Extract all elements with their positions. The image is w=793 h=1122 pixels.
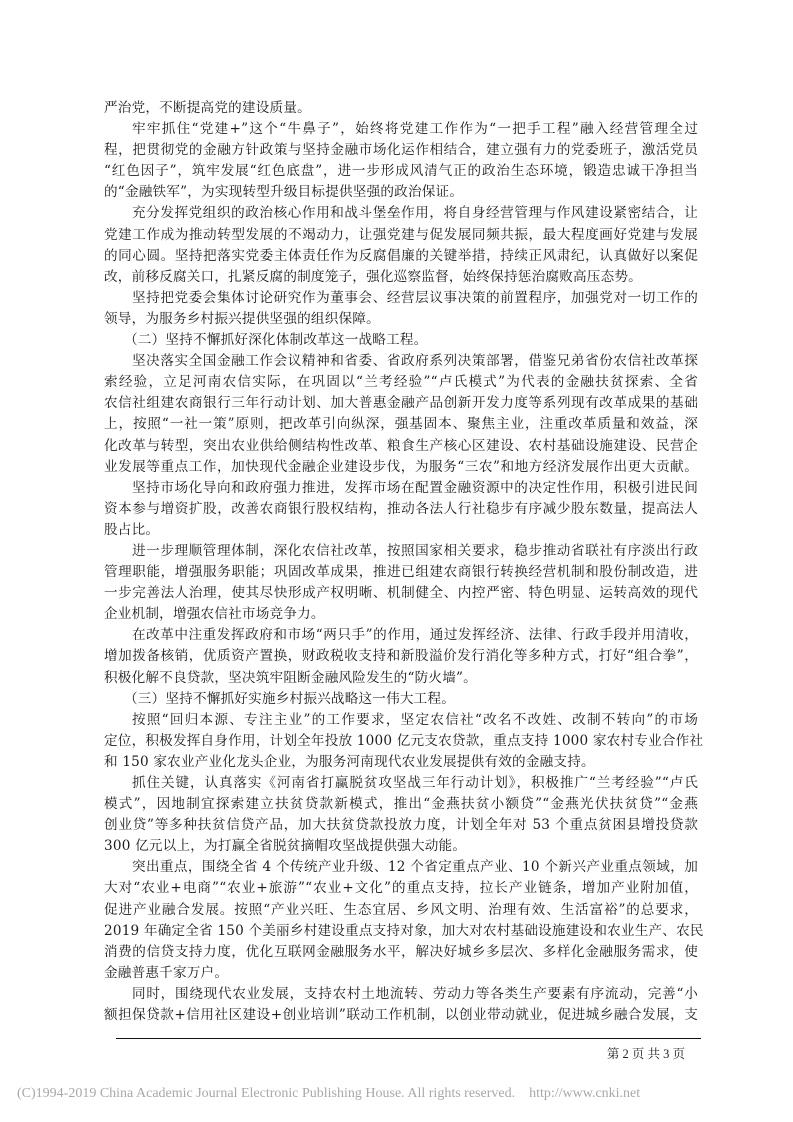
text-line: 消费的信贷支持力度，优化互联网金融服务水平，解决好城乡多层次、多样化金融服务需求… — [104, 942, 698, 963]
text-line: 金融普惠千家万户。 — [104, 963, 698, 984]
text-line: 业发展等重点工作，加快现代金融企业建设步伐，为服务“三农”和地方经济发展作出更大… — [104, 457, 698, 478]
text-line: 充分发挥党组织的政治核心作用和战斗堡垒作用，将自身经营管理与作风建设紧密结合，让 — [104, 203, 698, 224]
text-line: 牢牢抓住“党建+”这个“牛鼻子”，始终将党建工作作为“一把手工程”融入经营管理全… — [104, 119, 698, 140]
text-line: 坚持市场化导向和政府强力推进，发挥市场在配置金融资源中的决定性作用，积极引进民间 — [104, 478, 698, 499]
text-line: 额担保贷款+信用社区建设+创业培训”联动工作机制，以创业带动就业，促进城乡融合发… — [104, 1005, 698, 1026]
text-line: 坚持把党委会集体讨论研究作为董事会、经营层议事决策的前置程序，加强党对一切工作的 — [104, 288, 698, 309]
copyright-watermark: (C)1994-2019 China Academic Journal Elec… — [17, 1086, 640, 1102]
text-line: 在改革中注重发挥政府和市场“两只手”的作用，通过发挥经济、法律、行政手段并用清收… — [104, 625, 698, 646]
text-line: 模式”，因地制宜探索建立扶贫贷款新模式，推出“金燕扶贫小额贷”“金燕光伏扶贫贷”… — [104, 794, 698, 815]
text-line: 大对“农业+电商”“农业+旅游”“农业+文化”的重点支持，拉长产业链条，增加产业… — [104, 878, 698, 899]
text-line: 资本参与增资扩股，改善农商银行股权结构，推动各法人行社稳步有序减少股东数量，提高… — [104, 499, 698, 520]
text-line: 积极化解不良贷款，坚决筑牢阻断金融风险发生的“防火墙”。 — [104, 668, 698, 689]
text-line: 化改革与转型，突出农业供给侧结构性改革、粮食生产核心区建设、农村基础设施建设、民… — [104, 436, 698, 457]
text-line: 程，把贯彻党的金融方针政策与坚持金融市场化运作相结合，建立强有力的党委班子，激活… — [104, 140, 698, 161]
text-line: 农信社组建农商银行三年行动计划、加大普惠金融产品创新开发力度等系列现有改革成果的… — [104, 393, 698, 414]
text-line: 突出重点，围绕全省 4 个传统产业升级、12 个省定重点产业、10 个新兴产业重… — [104, 857, 698, 878]
text-line: 坚决落实全国金融工作会议精神和省委、省政府系列决策部署，借鉴兄弟省份农信社改革探 — [104, 351, 698, 372]
text-line: 增加拨备核销，优质资产置换，财政税收支持和新股溢价发行消化等多种方式，打好“组合… — [104, 646, 698, 667]
text-line: 上，按照“一社一策”原则，把改革引向纵深，强基固本、聚焦主业，注重改革质量和效益… — [104, 414, 698, 435]
document-page: 严治党，不断提高党的建设质量。牢牢抓住“党建+”这个“牛鼻子”，始终将党建工作作… — [0, 0, 793, 1122]
text-line: 党建工作成为推动转型发展的不竭动力，让强党建与促发展同频共振，最大程度画好党建与… — [104, 225, 698, 246]
text-line: 的同心圆。坚持把落实党委主体责任作为反腐倡廉的关键举措，持续正风肃纪，认真做好以… — [104, 246, 698, 267]
text-line: 按照“回归本源、专注主业”的工作要求，坚定农信社“改名不改姓、改制不转向”的市场 — [104, 710, 698, 731]
body-text: 严治党，不断提高党的建设质量。牢牢抓住“党建+”这个“牛鼻子”，始终将党建工作作… — [104, 98, 698, 1026]
text-line: 创业贷”等多种扶贫信贷产品，加大扶贫贷款投放力度，计划全年对 53 个重点贫困县… — [104, 815, 698, 836]
text-line: 同时，围绕现代农业发展，支持农村土地流转、劳动力等各类生产要素有序流动，完善“小 — [104, 984, 698, 1005]
section-heading: （三）坚持不懈抓好实施乡村振兴战略这一伟大工程。 — [104, 689, 698, 710]
text-line: 股占比。 — [104, 520, 698, 541]
text-line: 改，前移反腐关口，扎紧反腐的制度笼子，强化巡察监督，始终保持惩治腐败高压态势。 — [104, 267, 698, 288]
page-number: 第 2 页 共 3 页 — [607, 1044, 685, 1062]
text-line: 促进产业融合发展。按照“产业兴旺、生态宜居、乡风文明、治理有效、生活富裕”的总要… — [104, 900, 698, 921]
text-line: 的“金融铁军”，为实现转型升级目标提供坚强的政治保证。 — [104, 182, 698, 203]
text-line: 管理职能，增强服务职能；巩固改革成果，推进已组建农商银行转换经营机制和股份制改造… — [104, 562, 698, 583]
text-line: 领导，为服务乡村振兴提供坚强的组织保障。 — [104, 309, 698, 330]
footer-rule — [116, 1038, 701, 1039]
text-line: 严治党，不断提高党的建设质量。 — [104, 98, 698, 119]
text-line: “红色因子”，筑牢发展“红色底盘”，进一步形成风清气正的政治生态环境，锻造忠诚干… — [104, 161, 698, 182]
text-line: 300 亿元以上，为打赢全省脱贫摘帽攻坚战提供强大动能。 — [104, 836, 698, 857]
section-heading: （二）坚持不懈抓好深化体制改革这一战略工程。 — [104, 330, 698, 351]
text-line: 企业机制，增强农信社市场竞争力。 — [104, 604, 698, 625]
text-line: 定位，积极发挥自身作用，计划全年投放 1000 亿元支农贷款，重点支持 1000… — [104, 731, 698, 752]
text-line: 一步完善法人治理，使其尽快形成产权明晰、机制健全、内控严密、特色明显、运转高效的… — [104, 583, 698, 604]
text-line: 抓住关键，认真落实《河南省打赢脱贫攻坚战三年行动计划》，积极推广“兰考经验”“卢… — [104, 773, 698, 794]
text-line: 和 150 家农业产业化龙头企业，为服务河南现代农业发展提供有效的金融支持。 — [104, 752, 698, 773]
text-line: 进一步理顺管理体制，深化农信社改革，按照国家相关要求，稳步推动省联社有序淡出行政 — [104, 541, 698, 562]
text-line: 2019 年确定全省 150 个美丽乡村建设重点支持对象，加大对农村基础设施建设… — [104, 921, 698, 942]
text-line: 索经验，立足河南农信实际，在巩固以“兰考经验”“卢氏模式”为代表的金融扶贫探索、… — [104, 372, 698, 393]
